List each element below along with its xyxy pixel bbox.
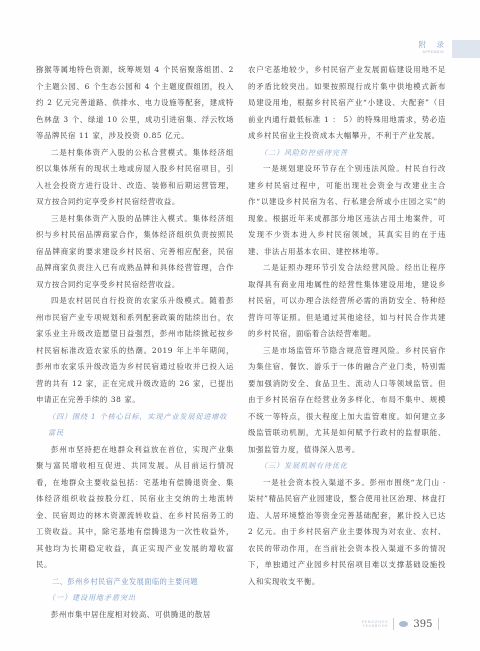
footer-brand: PENGZHOU YEARBOOK (362, 620, 388, 628)
sub-heading: （三）发展机制有待优化 (248, 458, 446, 475)
paragraph: 猕猴等属地特色资源，统筹规划 4 个民宿聚落组团、2 个主题公园、6 个生态公园… (36, 62, 234, 145)
paragraph: 二是证照办理环节引发合法经营风险。经出让程序取得具有商业用地属性的经营性集体建设… (248, 260, 446, 343)
cloud-logo-icon (399, 621, 408, 627)
footer-brand-line2: YEARBOOK (363, 624, 389, 628)
right-column: 农户宅基地较少，乡村民宿产业发展面临建设用地不足的矛盾比较突出。如果按照现行成片… (248, 62, 446, 623)
paragraph: 一是规划建设环节存在个别违法风险。村民自行改建乡村民宿过程中，可能出现社会资金与… (248, 161, 446, 260)
page-number: 395 (413, 619, 432, 630)
sub-heading: （一）建设用地矛盾突出 (36, 590, 234, 607)
running-header: 附 录 APPENDIX (419, 40, 480, 58)
paragraph: 一是社会资本投入渠道不多。彭州市围绕“龙门山 · 柒村”精品民宿产业园建设，整合… (248, 475, 446, 591)
header-subtitle: APPENDIX (423, 50, 445, 55)
paragraph: 农户宅基地较少，乡村民宿产业发展面临建设用地不足的矛盾比较突出。如果按照现行成片… (248, 62, 446, 145)
left-column: 猕猴等属地特色资源，统筹规划 4 个民宿聚落组团、2 个主题公园、6 个生态公园… (36, 62, 234, 623)
paragraph: 三是市场监管环节隐含规范管理风险。乡村民宿作为集住宿、餐饮、游乐于一体的融合产业… (248, 343, 446, 459)
paragraph: 彭州市集中居住度相对较高、可供腾退的散居 (36, 607, 234, 624)
header-text: 附 录 APPENDIX (419, 40, 452, 58)
sub-heading: （二）风险防控亟待完善 (248, 145, 446, 162)
sub-heading: （四）围绕 1 个核心目标，实现产业发展促进增收富民 (36, 409, 234, 442)
body-columns: 猕猴等属地特色资源，统筹规划 4 个民宿聚落组团、2 个主题公园、6 个生态公园… (36, 62, 446, 623)
paragraph: 二是村集体资产入股的公私合营模式。集体经济组织以集体所有的现状土地或房屋入股乡村… (36, 145, 234, 211)
section-heading: 二、彭州乡村民宿产业发展面临的主要问题 (36, 574, 234, 591)
footer-divider (393, 618, 394, 630)
paragraph: 三是村集体资产入股的品牌注入模式。集体经济组织与乡村民宿品牌商家合作，集体经济组… (36, 211, 234, 294)
paragraph: 彭州市坚持把在地群众利益放在首位，实现产业集聚与富民增收相互促进、共同发展。从目… (36, 442, 234, 574)
header-color-block (452, 40, 480, 58)
footer-divider (438, 618, 439, 630)
header-title: 附 录 (419, 40, 448, 50)
paragraph: 四是农村居民自行投资的农家乐升级模式。随着彭州市民宿产业专项规划和系列配套政策的… (36, 293, 234, 409)
page-footer: PENGZHOU YEARBOOK 395 (362, 618, 439, 630)
